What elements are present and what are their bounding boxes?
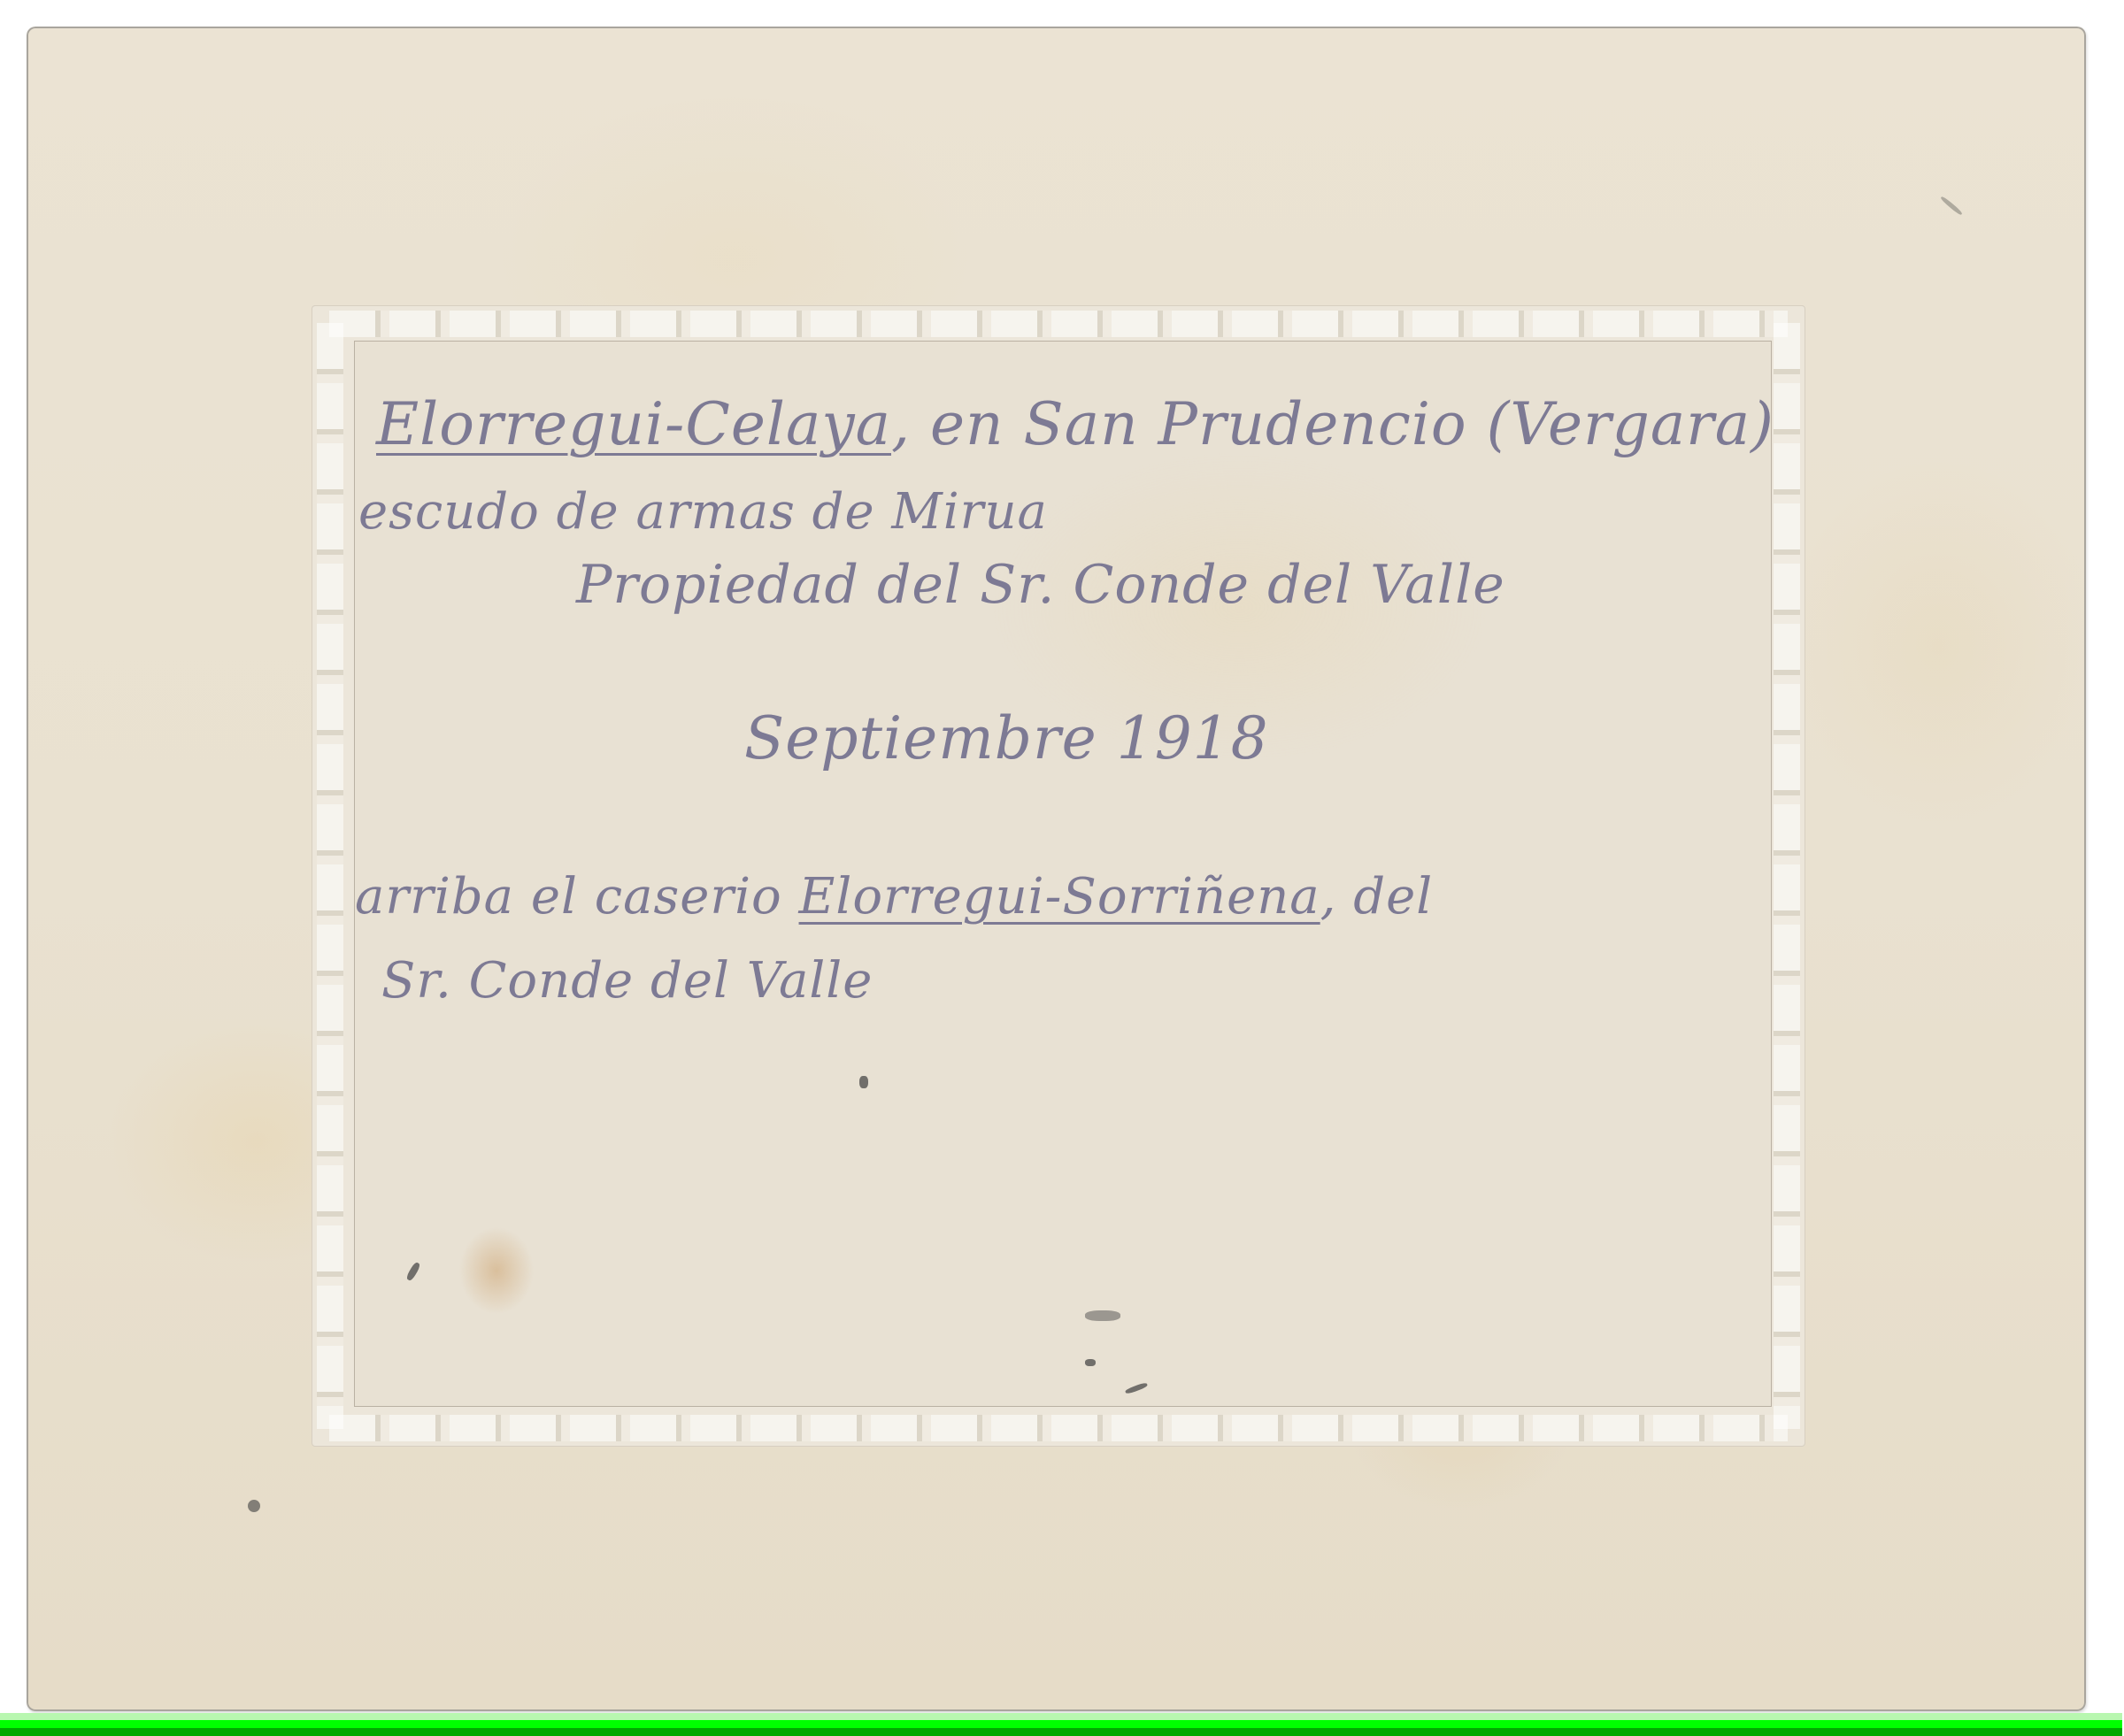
underlined-caserio-name: Elorregui-Sorriñena [799,868,1320,926]
ink-smudge [1085,1310,1120,1321]
handwritten-line-3: Propiedad del Sr. Conde del Valle [576,554,1505,616]
pencil-mark [1940,196,1963,216]
handwritten-line-6: Sr. Conde del Valle [381,952,873,1010]
handwritten-line-2: escudo de armas de Mirua [358,483,1048,541]
embossed-border-top [329,311,1788,337]
embossed-frame: Elorregui-Celaya, en San Prudencio (Verg… [312,305,1805,1447]
ink-smudge [1125,1382,1148,1395]
dark-spot [248,1500,260,1512]
ink-smudge [405,1261,421,1281]
line5-prefix: arriba el caserio [355,868,799,926]
handwritten-line-5: arriba el caserio Elorregui-Sorriñena, d… [355,868,1433,926]
handwritten-date: Septiembre 1918 [744,704,1269,772]
location-text: , en San Prudencio (Vergara) [891,390,1774,458]
embossed-border-left [317,323,343,1429]
handwritten-line-1: Elorregui-Celaya, en San Prudencio (Verg… [376,390,1774,458]
line5-suffix: , del [1320,868,1434,926]
underlined-place-name: Elorregui-Celaya [376,390,891,458]
embossed-border-bottom [329,1415,1788,1441]
progress-bar [0,1713,2122,1736]
ink-smudge [859,1076,868,1088]
photo-card-back: Elorregui-Celaya, en San Prudencio (Verg… [27,27,2086,1711]
ink-smudge [1085,1359,1096,1366]
inscription-area: Elorregui-Celaya, en San Prudencio (Verg… [354,341,1772,1407]
embossed-border-right [1774,323,1800,1429]
